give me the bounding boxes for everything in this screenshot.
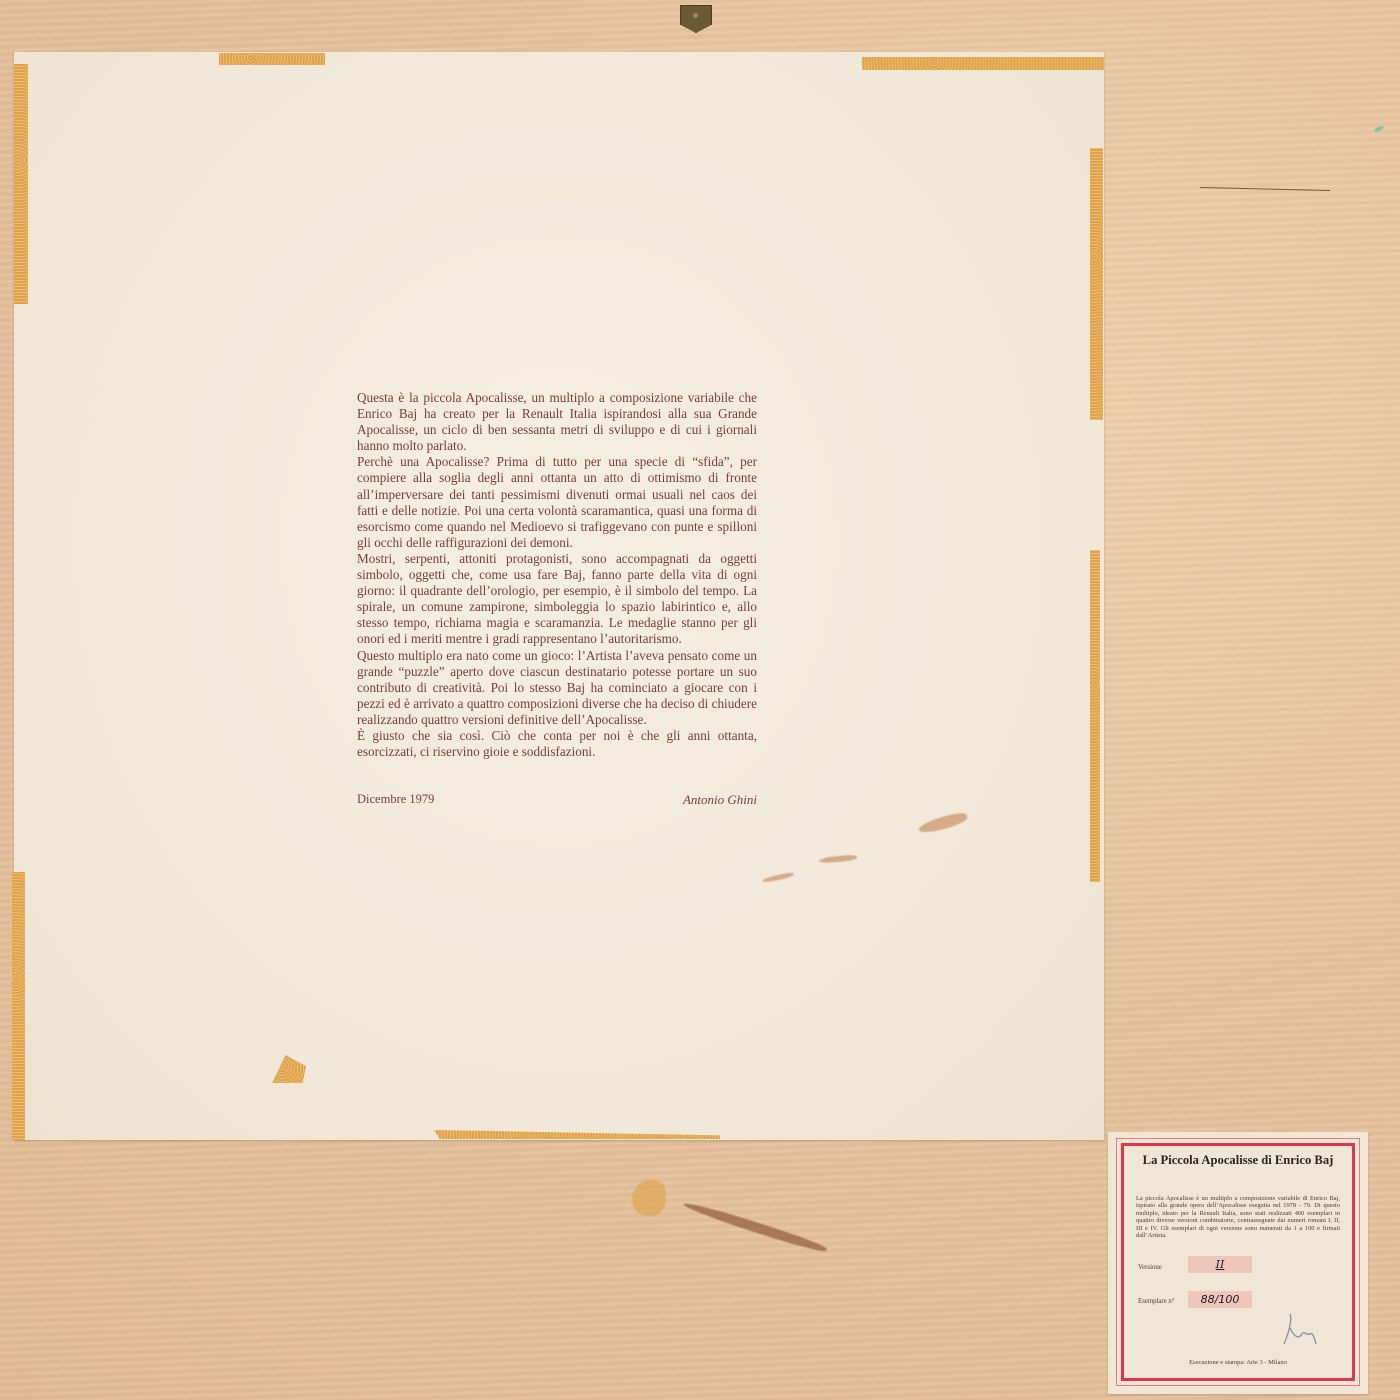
- artist-signature-icon: [1276, 1310, 1326, 1350]
- version-label: Versione: [1138, 1264, 1162, 1271]
- label-title: La Piccola Apocalisse di Enrico Baj: [1108, 1153, 1368, 1168]
- copy-number-field: 88/100: [1188, 1291, 1252, 1308]
- tape-fragment: [272, 1055, 306, 1083]
- label-description: La piccola Apocalisse è un multiplo a co…: [1136, 1195, 1340, 1239]
- paragraph: È giusto che sia così. Ciò che conta per…: [357, 728, 757, 760]
- copy-number-value: 88/100: [1201, 1293, 1240, 1306]
- tape-strip: [862, 57, 1104, 70]
- copy-number-label: Esemplare n°: [1138, 1298, 1175, 1305]
- brown-stain: [917, 811, 968, 836]
- brown-stain: [762, 872, 794, 884]
- tape-strip: [434, 1130, 720, 1139]
- signature-row: Dicembre 1979 Antonio Ghini: [357, 792, 757, 808]
- tape-strip: [1090, 550, 1100, 882]
- paragraph: Questo multiplo era nato come un gioco: …: [357, 648, 757, 728]
- tape-strip: [14, 64, 28, 304]
- tape-strip: [12, 872, 25, 1140]
- tape-strip: [219, 53, 325, 65]
- version-value: II: [1216, 1258, 1225, 1271]
- certificate-label: La Piccola Apocalisse di Enrico Baj La p…: [1108, 1132, 1368, 1394]
- author-name: Antonio Ghini: [683, 792, 757, 808]
- paragraph: Questa è la piccola Apocalisse, un multi…: [357, 390, 757, 454]
- date-text: Dicembre 1979: [357, 792, 434, 808]
- label-footer: Esecuzione e stampa: Arte 3 - Milano: [1108, 1359, 1368, 1366]
- paragraph: Mostri, serpenti, attoniti protagonisti,…: [357, 551, 757, 648]
- version-field: II: [1188, 1256, 1252, 1273]
- brown-stain: [819, 854, 857, 863]
- paragraph: Perchè una Apocalisse? Prima di tutto pe…: [357, 454, 757, 551]
- essay-text: Questa è la piccola Apocalisse, un multi…: [357, 390, 757, 760]
- yellow-stain: [632, 1180, 666, 1216]
- tape-strip: [1090, 148, 1103, 420]
